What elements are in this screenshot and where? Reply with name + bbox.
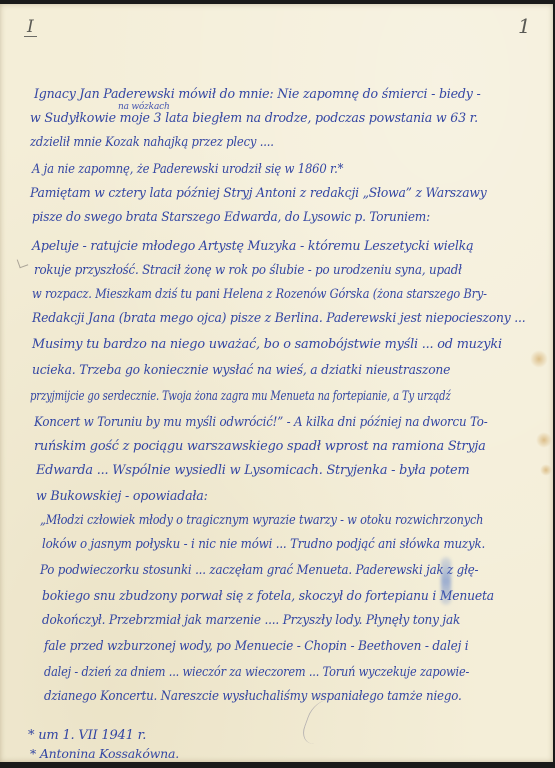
paper-stain bbox=[536, 432, 552, 448]
footnote-date: * um 1. VII 1941 r. bbox=[28, 728, 146, 743]
footnote-signature: * Antonina Kossakówna. bbox=[30, 746, 179, 761]
text-line-18: „Młodzi człowiek młody o tragicznym wyra… bbox=[40, 512, 483, 527]
text-line-13: przyjmijcie go serdecznie. Twoja żona za… bbox=[30, 388, 451, 403]
text-line-22: dokończył. Przebrzmiał jak marzenie ....… bbox=[42, 612, 460, 627]
text-line-21: bokiego snu zbudzony porwał się z fotela… bbox=[42, 588, 494, 603]
text-line-11: Musimy tu bardzo na niego uważać, bo o s… bbox=[32, 336, 502, 351]
text-line-7: Apeluje - ratujcie młodego Artystę Muzyk… bbox=[32, 238, 473, 253]
margin-mark bbox=[17, 257, 29, 269]
text-line-10: Redakcji Jana (brata mego ojca) pisze z … bbox=[32, 310, 525, 325]
section-numeral: I bbox=[24, 18, 37, 37]
text-line-17: w Bukowskiej - opowiadała: bbox=[36, 488, 208, 503]
paper-stain bbox=[530, 350, 548, 368]
text-line-20: Po podwieczorku stosunki ... zaczęłam gr… bbox=[40, 562, 478, 577]
text-line-3: zdzielił mnie Kozak nahajką przez plecy … bbox=[30, 134, 274, 149]
pencil-scribble bbox=[298, 699, 355, 744]
text-line-9: w rozpacz. Mieszkam dziś tu pani Helena … bbox=[32, 286, 487, 301]
text-line-23: fale przed wzburzonej wody, po Menuecie … bbox=[44, 638, 468, 653]
text-line-14: Koncert w Toruniu by mu myśli odwrócić!”… bbox=[34, 414, 488, 429]
manuscript-page: I 1 na wózkach Ignacy Jan Paderewski mów… bbox=[0, 4, 553, 762]
text-line-16: Edwarda ... Wspólnie wysiedli w Lysomica… bbox=[36, 462, 469, 477]
text-line-6: pisze do swego brata Starszego Edwarda, … bbox=[32, 209, 430, 224]
text-line-19: loków o jasnym połysku - i nic nie mówi … bbox=[42, 536, 485, 551]
text-line-24: dalej - dzień za dniem ... wieczór za wi… bbox=[44, 664, 469, 679]
text-line-25: dzianego Koncertu. Nareszcie wysłuchaliś… bbox=[44, 688, 462, 703]
text-line-15: ruńskim gość z pociągu warszawskiego spa… bbox=[34, 438, 486, 453]
paper-stain bbox=[540, 464, 552, 476]
ink-smear bbox=[441, 557, 451, 605]
text-line-2: w Sudyłkowie moje 3 lata biegłem na drod… bbox=[30, 110, 478, 125]
text-line-12: ucieka. Trzeba go koniecznie wysłać na w… bbox=[32, 362, 450, 377]
text-line-1: Ignacy Jan Paderewski mówił do mnie: Nie… bbox=[34, 86, 481, 101]
page-number: 1 bbox=[518, 14, 531, 38]
text-line-4: A ja nie zapomnę, że Paderewski urodził … bbox=[32, 161, 343, 176]
text-line-8: rokuje przyszłość. Stracił żonę w rok po… bbox=[34, 262, 462, 277]
text-line-5: Pamiętam w cztery lata później Stryj Ant… bbox=[30, 185, 487, 200]
